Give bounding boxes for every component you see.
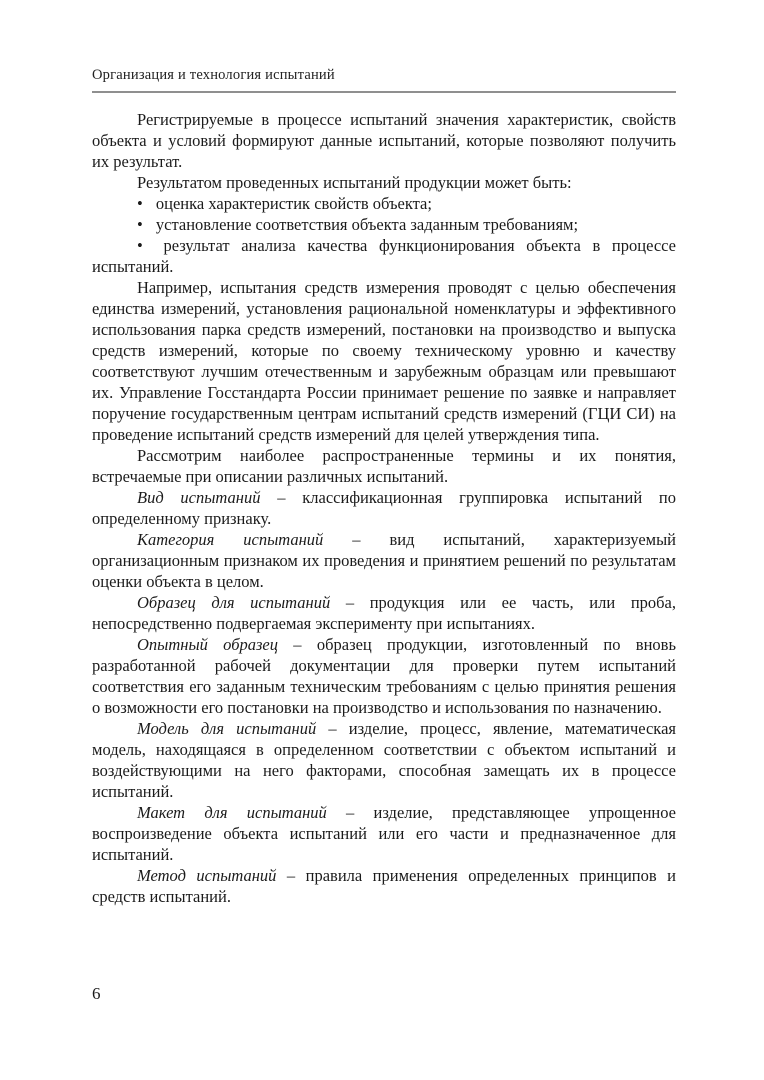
paragraph-text: Регистрируемые в процессе испытаний знач…	[92, 110, 676, 171]
term-definition: Опытный образец – образец продукции, изг…	[92, 634, 676, 718]
paragraph-example: Например, испытания средств измерения пр…	[92, 277, 676, 445]
term-definition: Модель для испытаний – изделие, процесс,…	[92, 718, 676, 802]
bullet-icon: •	[137, 194, 143, 213]
bullet-icon: •	[137, 215, 143, 234]
bullet-icon: •	[137, 236, 143, 255]
list-item-text: установление соответствия объекта заданн…	[156, 215, 578, 234]
list-item-text: результат анализа качества функционирова…	[92, 236, 676, 276]
list-item-text: оценка характеристик свойств объекта;	[156, 194, 432, 213]
term-definition: Метод испытаний – правила применения опр…	[92, 865, 676, 907]
term-label: Опытный образец	[137, 635, 278, 654]
paragraph-text: Рассмотрим наиболее распространенные тер…	[92, 446, 676, 486]
list-item: • оценка характеристик свойств объекта;	[92, 193, 676, 214]
term-label: Метод испытаний	[137, 866, 276, 885]
page-content: Организация и технология испытаний Регис…	[92, 66, 676, 907]
list-item: • установление соответствия объекта зада…	[92, 214, 676, 235]
term-label: Категория испытаний	[137, 530, 323, 549]
term-definition: Категория испытаний – вид испытаний, хар…	[92, 529, 676, 592]
running-header: Организация и технология испытаний	[92, 66, 676, 93]
term-definition: Макет для испытаний – изделие, представл…	[92, 802, 676, 865]
term-definition: Вид испытаний – классификационная группи…	[92, 487, 676, 529]
term-label: Модель для испытаний	[137, 719, 316, 738]
paragraph-text: Результатом проведенных испытаний продук…	[137, 173, 572, 192]
term-definition: Образец для испытаний – продукция или ее…	[92, 592, 676, 634]
term-label: Образец для испытаний	[137, 593, 330, 612]
paragraph-text: Например, испытания средств измерения пр…	[92, 278, 676, 444]
term-label: Вид испытаний	[137, 488, 261, 507]
document-page: Организация и технология испытаний Регис…	[0, 0, 764, 1080]
term-label: Макет для испытаний	[137, 803, 327, 822]
paragraph-intro-1: Регистрируемые в процессе испытаний знач…	[92, 109, 676, 172]
page-body: Регистрируемые в процессе испытаний знач…	[92, 109, 676, 907]
list-item: • результат анализа качества функциониро…	[92, 235, 676, 277]
page-footer: 6	[92, 984, 101, 1004]
page-number: 6	[92, 984, 101, 1003]
paragraph-intro-2: Результатом проведенных испытаний продук…	[92, 172, 676, 193]
paragraph-consider: Рассмотрим наиболее распространенные тер…	[92, 445, 676, 487]
